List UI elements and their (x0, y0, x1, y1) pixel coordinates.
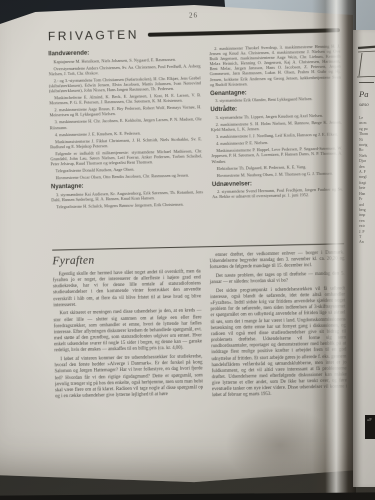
adjacent-subheading-fragment: sæso (359, 103, 374, 108)
roster-paragraph: Telegrafisterne H. Schalck, Mogens Rønno… (51, 201, 203, 209)
roster-paragraph: 2.- og 3.-styrmændene Tom Christiansen (… (49, 75, 201, 93)
roster-paragraph: 2. styrmændene Svend Hermann, Poul Fredh… (212, 187, 343, 200)
roster-paragraph: Maskinassistenterne P. Happel, Leve Pede… (211, 146, 342, 164)
roster-paragraph: 3. maskinmestrene H. Chr. Jacobsen, E. K… (50, 117, 202, 130)
roster-paragraph: 3. styrmændene Kai Audiesen, Kr. Auguste… (51, 189, 203, 202)
drawing-fragment-icon (359, 42, 374, 78)
roster-paragraph: 2. maskinmester Theokel Sverdrup, 3. mas… (209, 44, 341, 87)
roster-paragraph: Maskinassistenterne J. Fikkat Christense… (50, 136, 202, 149)
article-left-text: Egentlig skulle der hermed have slået no… (53, 269, 204, 400)
text-line: emner drøftet, der vedkommer enhver — bo… (209, 250, 344, 271)
roster-right-column: 2. maskinmester Theokel Sverdrup, 3. mas… (209, 42, 344, 244)
roster-paragraph: Hovmestrene M. Nauborg Olsen, J. M. Thom… (212, 170, 343, 178)
text-line: I løbet af vinteren kommer der tre udsen… (54, 354, 203, 400)
adjacent-page: Pa sæso Lean mog puThomNinavigRoNielsDju… (353, 30, 375, 487)
roster-paragraph: Følgende er indkaldt til militærtjeneste… (50, 148, 202, 166)
roster-left-column: Ilandværende:Kaptajnerne M. Henriksen, N… (48, 44, 204, 246)
text-line: Det sidste programpunkt i udsendelsesræk… (210, 286, 347, 399)
article-left-column: Fyraften Egentlig skulle der hermed have… (52, 251, 204, 454)
roster-paragraph: 3. styrmændene Erik Olander, Bent Lykkeg… (210, 96, 341, 104)
magazine-page: 26 FRIVAGTEN Ilandværende:Kaptajnerne M.… (0, 0, 353, 489)
adjacent-text-fragments: Lean mog puThomNinavigRoNielsDjurdenA. F… (359, 116, 374, 246)
adjacent-heading-fragment: Pa (359, 89, 374, 99)
roster-paragraph: 2. maskinmestrene S. H. Holm Nielsen, M.… (211, 119, 342, 132)
article-heading: Fyraften (52, 252, 200, 267)
adjacent-rule (359, 82, 374, 83)
magazine-photo: 26 FRIVAGTEN Ilandværende:Kaptajnerne M.… (0, 0, 375, 500)
table-edge (0, 492, 375, 500)
text-line: Egentlig skulle der hermed have slået no… (53, 269, 202, 309)
text-line: An (359, 240, 374, 245)
roster-paragraph: Hovmestrene Oscar Olsen, Otto Bendix Jac… (51, 173, 203, 181)
masthead: FRIVAGTEN (48, 25, 340, 43)
fyraften-article: Fyraften Egentlig skulle der hermed have… (52, 248, 348, 454)
adjacent-page-content: Pa sæso Lean mog puThomNinavigRoNielsDju… (353, 30, 375, 246)
masthead-rule (148, 28, 340, 36)
roster-paragraph: Overstyrmændene Anders Christensen, Sv. … (49, 63, 201, 76)
page-content: 26 FRIVAGTEN Ilandværende:Kaptajnerne M.… (0, 0, 358, 490)
text-line: Kort skitseret er meningen med disse uds… (53, 309, 202, 355)
article-right-column: emner drøftet, der vedkommer enhver — bo… (209, 248, 348, 451)
crew-roster: Ilandværende:Kaptajnerne M. Henriksen, N… (48, 42, 344, 247)
magazine-title: FRIVAGTEN (48, 28, 139, 44)
text-line: Det næste problem, der tages op til drøf… (210, 271, 345, 286)
roster-paragraph: 2. maskinmestrene Aage Bruun, E. Bry Ped… (49, 105, 201, 118)
roster-paragraph: Maskincheferne E. Almind, K. Beck, E. Jø… (49, 92, 201, 105)
adjacent-dark-block: «F (365, 415, 375, 439)
